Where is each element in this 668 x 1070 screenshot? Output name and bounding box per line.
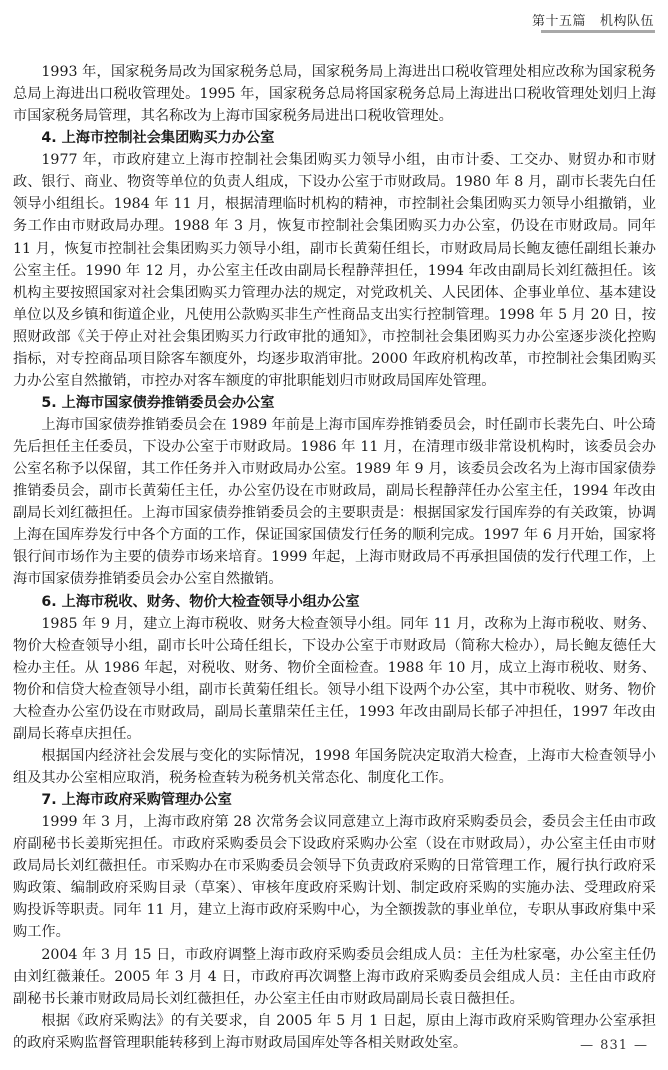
page-body: 1993 年，国家税务局改为国家税务总局，国家税务局上海进出口税收管理处相应改称… [13,61,656,1054]
running-head-part: 第十五篇 [532,14,586,29]
section-heading-5: 5. 上海市国家债券推销委员会办公室 [13,392,656,414]
paragraph-procurement-office: 1999 年 3 月，上海市政府第 28 次常务会议同意建立上海市政府采购委员会… [13,811,656,943]
paragraph-procurement-adjustment: 2004 年 3 月 15 日，市政府调整上海市政府采购委员会组成人员：主任为杜… [13,944,656,1010]
page-number: —831— [574,1038,654,1053]
paragraph-inspection-office: 1985 年 9 月，建立上海市税收、财务大检查领导小组。同年 11 月，改称为… [13,613,656,745]
section-heading-4: 4. 上海市控制社会集团购买力办公室 [13,127,656,149]
section-heading-6: 6. 上海市税收、财务、物价大检查领导小组办公室 [13,591,656,613]
paragraph-inspection-abolished: 根据国内经济社会发展与变化的实际情况，1998 年国务院决定取消大检查，上海市大… [13,745,656,789]
section-heading-7: 7. 上海市政府采购管理办公室 [13,789,656,811]
page-number-value: 831 [600,1038,628,1053]
paragraph-procurement-law: 根据《政府采购法》的有关要求，自 2005 年 5 月 1 日起，原由上海市政府… [13,1010,656,1054]
folio-dash-left: — [580,1038,594,1053]
folio-dash-right: — [634,1038,648,1053]
paragraph-customs-tax-office: 1993 年，国家税务局改为国家税务总局，国家税务局上海进出口税收管理处相应改称… [13,61,656,127]
running-head: 第十五篇机构队伍 [532,10,654,32]
running-head-section: 机构队伍 [600,14,654,29]
paragraph-purchasing-power-office: 1977 年，市政府建立上海市控制社会集团购买力领导小组，由市计委、工交办、财贸… [13,149,656,392]
paragraph-bond-committee-office: 上海市国家债券推销委员会在 1989 年前是上海市国库券推销委员会，时任副市长裴… [13,414,656,591]
running-head-rule [541,30,655,33]
